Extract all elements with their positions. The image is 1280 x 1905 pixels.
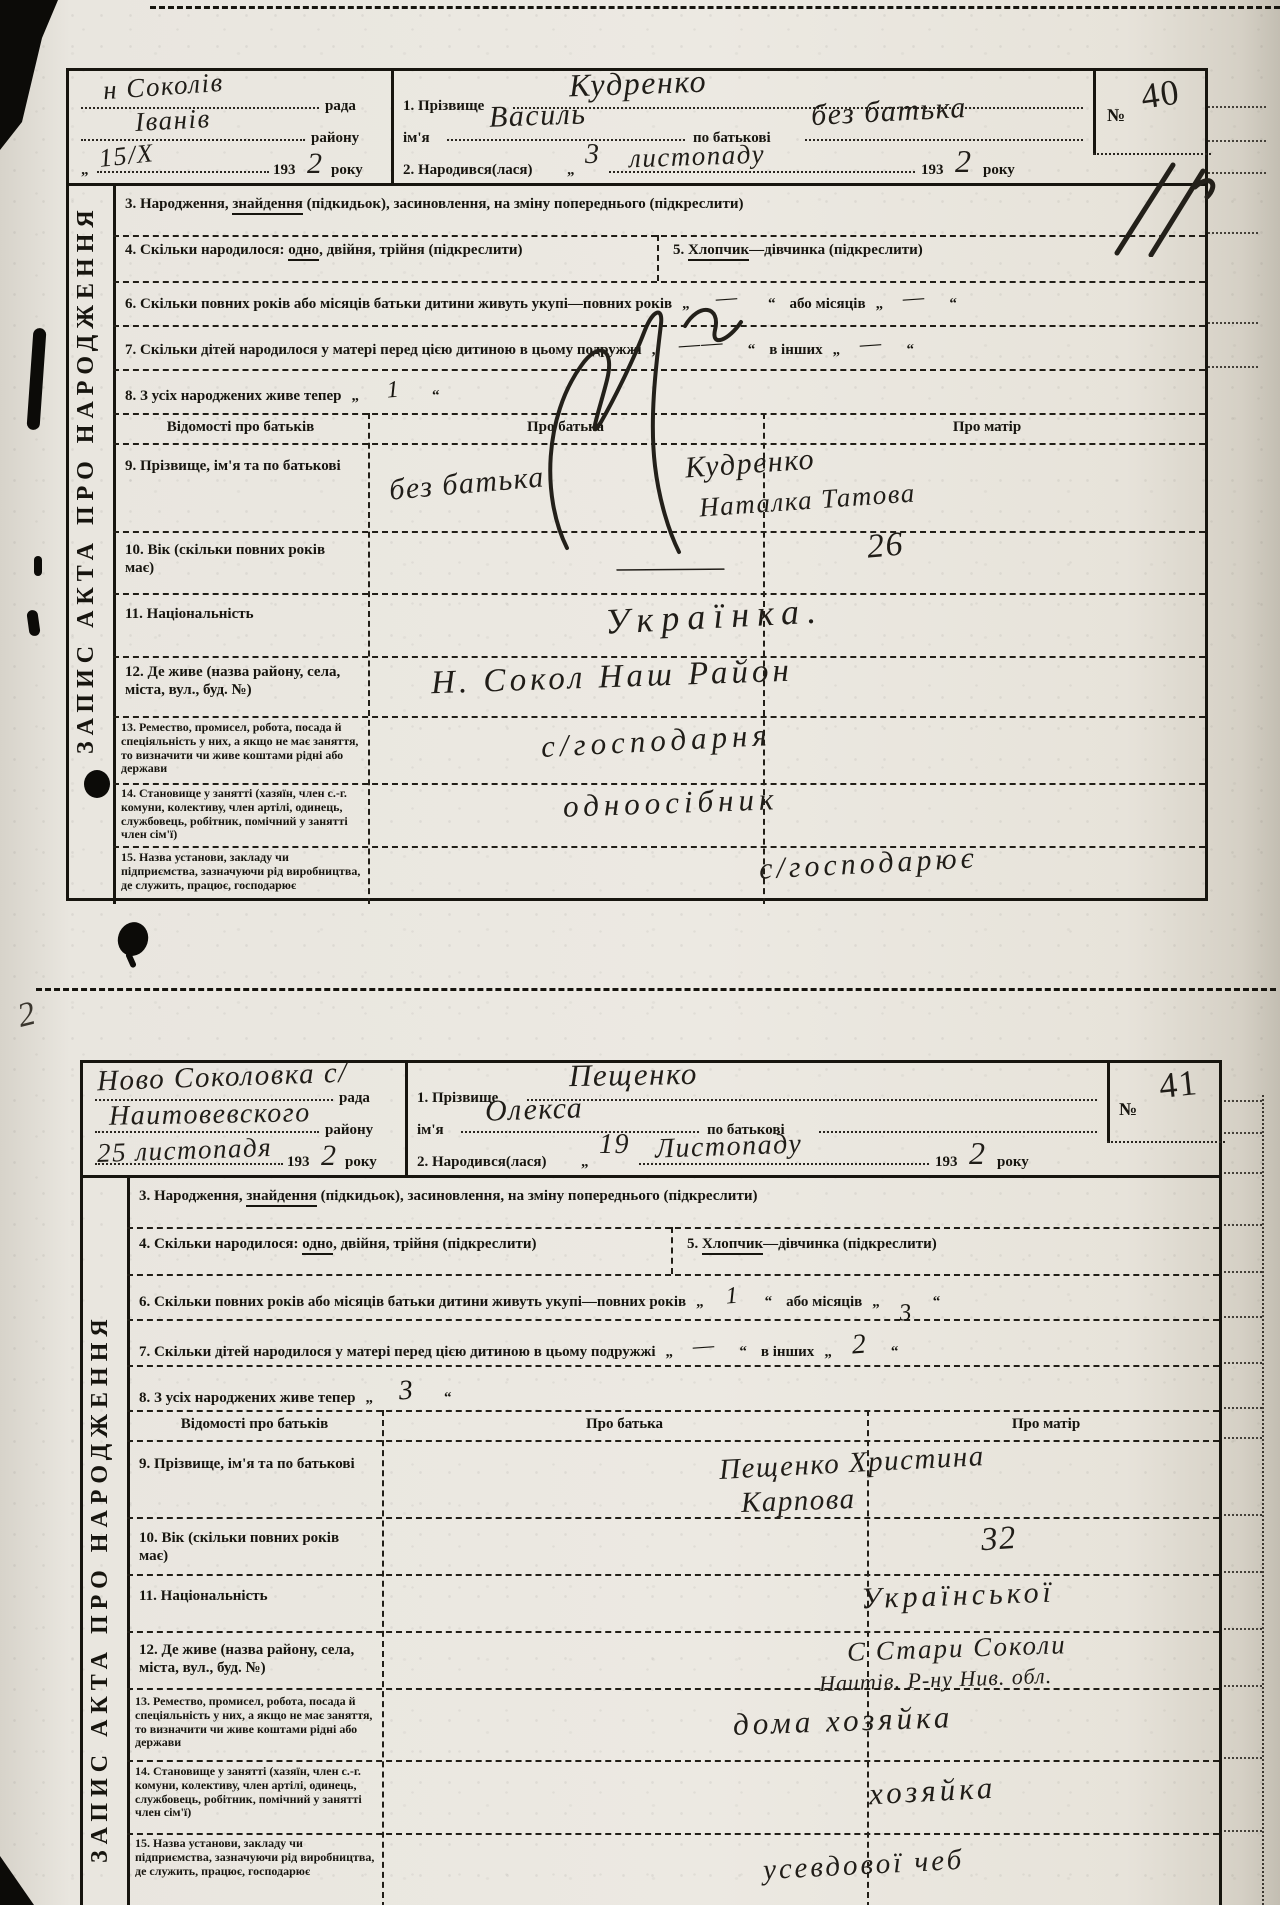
- born-day-handwriting: 19: [599, 1129, 630, 1161]
- born-year-digit-handwriting: 2: [969, 1135, 987, 1172]
- surname-handwriting: Пещенко: [569, 1056, 698, 1094]
- perforation-top: [150, 6, 1280, 9]
- row-separator: [127, 1274, 1219, 1276]
- row-separator: [127, 1574, 1219, 1576]
- header-divider: [83, 1175, 1219, 1178]
- given-name-handwriting: Олекса: [484, 1091, 583, 1128]
- district-handwriting: Наитовевского: [109, 1097, 311, 1133]
- item9-label: 9. Прізвище, ім'я та по батькові: [139, 1455, 371, 1473]
- column-header-parents: Відомості про батьків: [113, 419, 368, 436]
- item8-text: 8. З усіх народжених живе тепер„3“: [139, 1377, 458, 1411]
- roku-label: року: [345, 1153, 377, 1171]
- mother-name-handwriting: Пещенко Христина: [718, 1440, 985, 1487]
- born-month-handwriting: листопаду: [629, 139, 766, 175]
- item4-text: 4. Скільки народилося: одно, двійня, трі…: [139, 1235, 536, 1253]
- born-year-digit-handwriting: 2: [955, 143, 973, 180]
- born-quote: „: [567, 161, 575, 179]
- row-separator: [127, 1517, 1219, 1519]
- residence-handwriting: Наитів. Р-ну Нив. обл.: [819, 1663, 1053, 1697]
- council-label: рада: [325, 97, 356, 115]
- item13-label: 13. Ремество, промисел, робота, посада й…: [121, 721, 363, 776]
- year-digit-handwriting: 2: [321, 1139, 338, 1173]
- district-handwriting: Іванів: [134, 103, 211, 138]
- year-prefix: 193: [287, 1153, 310, 1171]
- born-month-handwriting: Листопаду: [654, 1128, 802, 1165]
- strip-row-line: [1224, 1362, 1262, 1364]
- item13-label: 13. Ремество, промисел, робота, посада й…: [135, 1695, 377, 1750]
- record-number-label: №: [1119, 1099, 1137, 1121]
- ink-scribble: [1099, 157, 1229, 257]
- record-number-label: №: [1107, 105, 1125, 127]
- number-box-bottom: [1107, 1129, 1225, 1143]
- edge-streak: [34, 556, 42, 576]
- column-header-mother: Про матір: [867, 1416, 1225, 1433]
- item7-text: 7. Скільки дітей народилося у матері пер…: [139, 1331, 904, 1365]
- district-label: району: [325, 1121, 373, 1139]
- header-divider: [69, 183, 1205, 186]
- occupation-handwriting: с/господарня: [540, 717, 772, 765]
- edge-stub: [1208, 322, 1258, 324]
- row-separator: [127, 1365, 1219, 1367]
- born-year-prefix: 193: [935, 1153, 958, 1171]
- given-name-label: ім'я: [403, 129, 430, 147]
- edge-stub: [1208, 106, 1266, 108]
- strip-row-line: [1224, 1407, 1262, 1409]
- perforation-middle: [36, 988, 1276, 991]
- roku-label: року: [331, 161, 363, 179]
- item12-label: 12. Де живе (назва району, села, міста, …: [125, 663, 357, 700]
- strip-row-line: [1224, 1172, 1262, 1174]
- table-column-divider: [368, 413, 370, 904]
- year-digit-handwriting: 2: [307, 147, 324, 181]
- strip-row-line: [1224, 1514, 1262, 1516]
- nationality-handwriting: Української: [860, 1576, 1055, 1617]
- row-separator: [113, 846, 1205, 848]
- record-number-value: 41: [1157, 1061, 1200, 1107]
- item5-text: 5. Хлопчик—дівчинка (підкреслити): [687, 1235, 937, 1253]
- status-handwriting: одноосібник: [562, 781, 779, 824]
- surname-handwriting: Кудренко: [568, 63, 707, 105]
- date-quote: „: [81, 161, 89, 179]
- workplace-handwriting: с/господарює: [758, 841, 978, 886]
- strip-row-line: [1224, 1132, 1262, 1134]
- item14-label: 14. Становище у занятті (хазяїн, член с.…: [135, 1765, 377, 1820]
- row-separator: [113, 716, 1205, 718]
- item5-divider: [657, 235, 659, 281]
- column-header-father: Про батька: [382, 1416, 867, 1433]
- row-separator: [127, 1833, 1219, 1835]
- edge-stub: [1208, 140, 1266, 142]
- nationality-handwriting: Українка.: [604, 589, 825, 642]
- item11-label: 11. Національність: [139, 1587, 371, 1605]
- header-left-cell-divider: [391, 71, 394, 183]
- row-separator: [113, 235, 1205, 237]
- birth-record-form-1: ЗАПИС АКТА ПРО НАРОДЖЕННЯ н Соколів рада…: [66, 68, 1208, 901]
- strip-row-line: [1224, 1830, 1262, 1832]
- born-year-prefix: 193: [921, 161, 944, 179]
- strip-row-line: [1224, 1316, 1262, 1318]
- binding-strip-line: [1262, 1095, 1264, 1905]
- row-separator: [113, 281, 1205, 283]
- row-separator: [127, 1688, 1219, 1690]
- residence-handwriting: Н. Сокол Наш Район: [430, 653, 793, 703]
- item4-text: 4. Скільки народилося: одно, двійня, трі…: [125, 241, 522, 259]
- number-box-bottom: [1093, 141, 1211, 155]
- item9-label: 9. Прізвище, ім'я та по батькові: [125, 457, 357, 475]
- council-label: рада: [339, 1089, 370, 1107]
- item11-label: 11. Національність: [125, 605, 357, 623]
- item5-divider: [671, 1227, 673, 1274]
- strip-row-line: [1224, 1628, 1262, 1630]
- born-label: 2. Народився(лася): [403, 161, 533, 179]
- born-day-handwriting: 3: [585, 139, 601, 171]
- workplace-handwriting: усевдової чеб: [762, 1844, 965, 1887]
- strip-row-line: [1224, 1685, 1262, 1687]
- row-separator: [127, 1227, 1219, 1229]
- residence-handwriting: С Стари Соколи: [847, 1629, 1068, 1668]
- mother-age-handwriting: 26: [865, 525, 905, 566]
- table-column-divider: [382, 1410, 384, 1905]
- item3-text: 3. Народження, знайдення (підкидьок), за…: [139, 1187, 757, 1205]
- born-label: 2. Народився(лася): [417, 1153, 547, 1171]
- item15-label: 15. Назва установи, закладу чи підприємс…: [135, 1837, 377, 1878]
- item15-label: 15. Назва установи, закладу чи підприємс…: [121, 851, 363, 892]
- item5-text: 5. Хлопчик—дівчинка (підкреслити): [673, 241, 923, 259]
- edge-stub: [1208, 366, 1258, 368]
- strip-row-line: [1224, 1271, 1262, 1273]
- form-vertical-title: ЗАПИС АКТА ПРО НАРОДЖЕННЯ: [73, 203, 109, 755]
- main-box-left-border: [127, 1175, 130, 1905]
- item10-label: 10. Вік (скільки повних років має): [125, 541, 357, 578]
- column-header-parents: Відомості про батьків: [127, 1416, 382, 1433]
- row-separator: [127, 1319, 1219, 1321]
- given-name-label: ім'я: [417, 1121, 444, 1139]
- item8-text: 8. З усіх народжених живе тепер„1“: [125, 379, 446, 408]
- form-vertical-title: ЗАПИС АКТА ПРО НАРОДЖЕННЯ: [87, 1268, 123, 1905]
- status-handwriting: хозяйка: [868, 1770, 997, 1813]
- year-prefix: 193: [273, 161, 296, 179]
- mother-name-handwriting: Карпова: [740, 1483, 856, 1520]
- district-label: району: [311, 129, 359, 147]
- strip-row-line: [1224, 1571, 1262, 1573]
- item14-label: 14. Становище у занятті (хазяїн, член с.…: [121, 787, 363, 842]
- surname-label: 1. Прізвище: [403, 97, 484, 115]
- item10-label: 10. Вік (скільки повних років має): [139, 1529, 371, 1566]
- row-separator: [113, 593, 1205, 595]
- born-roku-label: року: [983, 161, 1015, 179]
- strip-row-line: [1224, 1224, 1262, 1226]
- header-left-cell-divider: [405, 1063, 408, 1175]
- item12-label: 12. Де живе (назва району, села, міста, …: [139, 1641, 371, 1678]
- edge-cross-mark: [11, 82, 14, 96]
- table-header-underline: [127, 1440, 1219, 1442]
- patronymic-line: [819, 1119, 1097, 1133]
- strip-row-line: [1224, 1757, 1262, 1759]
- column-header-mother: Про матір: [763, 419, 1211, 436]
- registration-date-handwriting: 15/Х: [98, 138, 156, 174]
- mother-age-handwriting: 32: [980, 1520, 1018, 1559]
- registration-date-handwriting: 25 листопадя: [97, 1132, 273, 1169]
- main-box-left-border: [113, 183, 116, 904]
- ink-flourish: [449, 296, 789, 556]
- birth-record-form-2: ЗАПИС АКТА ПРО НАРОДЖЕННЯ Ново Соколовка…: [80, 1060, 1222, 1905]
- strip-row-line: [1224, 1437, 1262, 1439]
- item6-text: 6. Скільки повних років або місяців бать…: [139, 1285, 946, 1314]
- given-name-handwriting: Василь: [488, 97, 587, 134]
- item3-text: 3. Народження, знайдення (підкидьок), за…: [125, 195, 743, 213]
- row-separator: [127, 1760, 1219, 1762]
- strip-row-line: [1224, 1100, 1262, 1102]
- born-roku-label: року: [997, 1153, 1029, 1171]
- occupation-handwriting: дома хозяйка: [732, 1699, 953, 1743]
- born-quote: „: [581, 1153, 589, 1171]
- record-number-value: 40: [1138, 70, 1182, 117]
